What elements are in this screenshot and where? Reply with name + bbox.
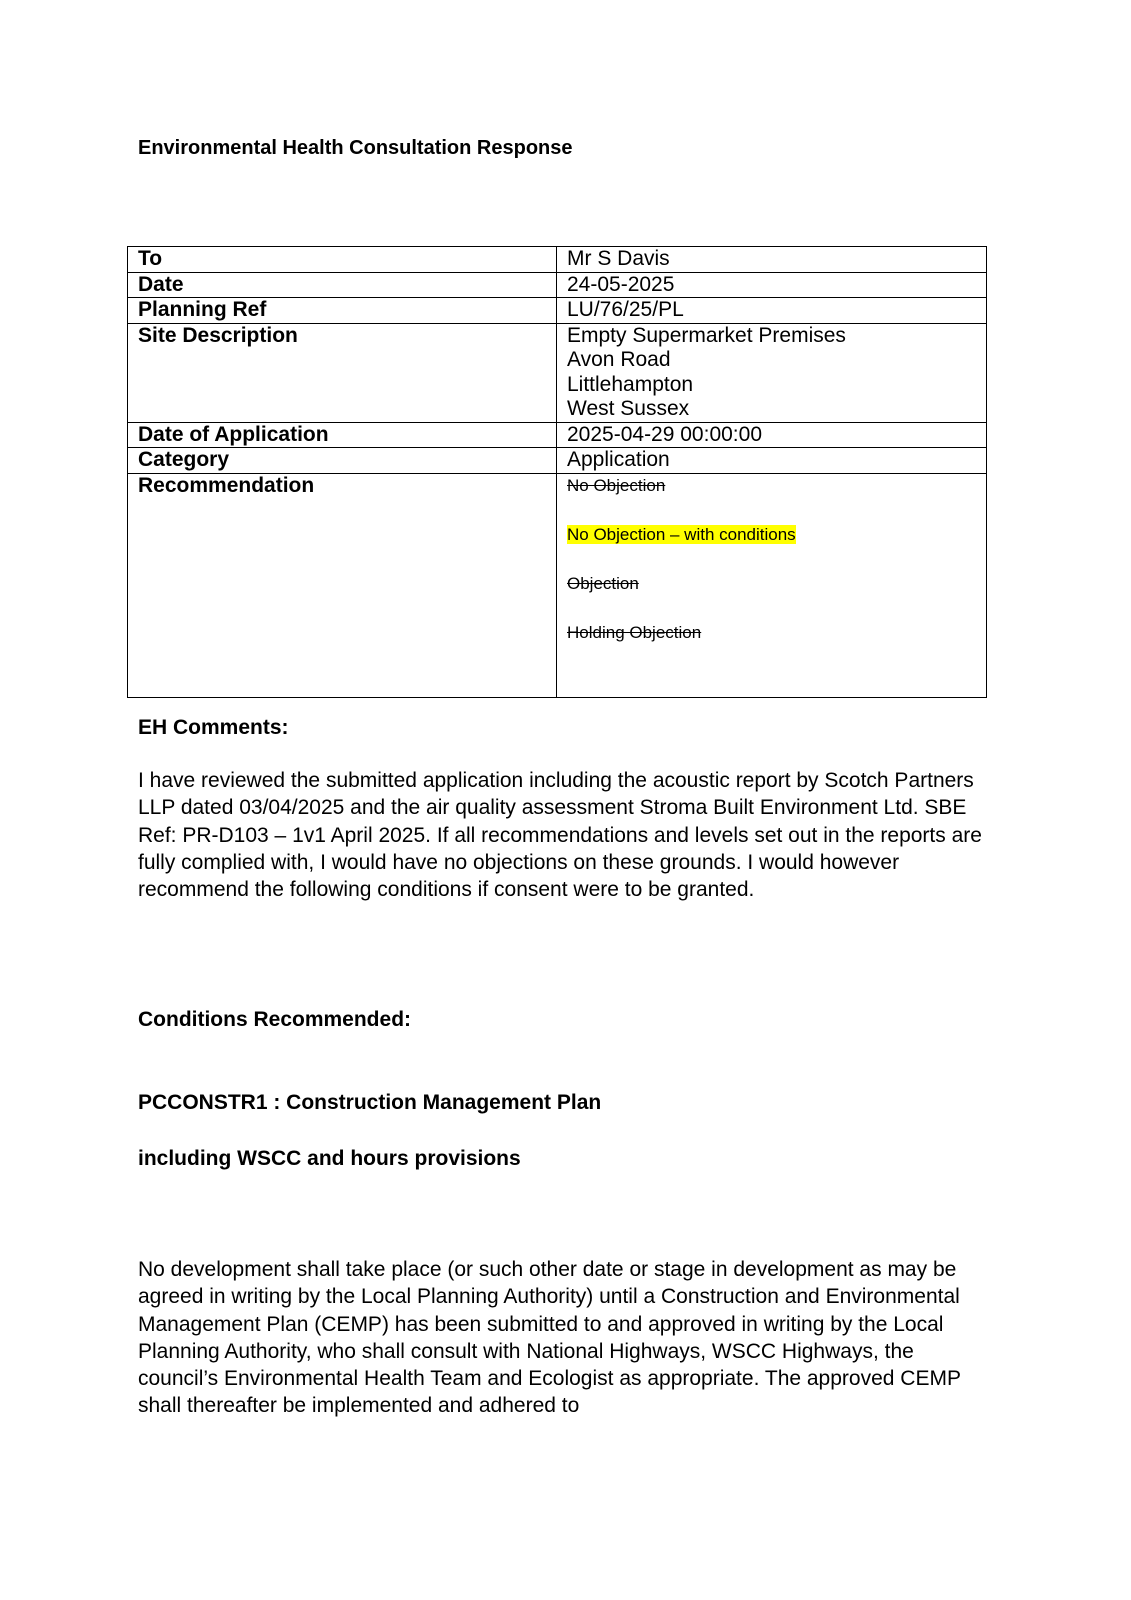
eh-comments-body: I have reviewed the submitted applicatio… [138, 767, 998, 903]
info-value: 2025-04-29 00:00:00 [557, 422, 987, 448]
recommendation-struck: Objection [567, 574, 976, 594]
info-value-line: Littlehampton [567, 373, 976, 398]
info-label: Date of Application [128, 422, 557, 448]
condition-title: PCCONSTR1 : Construction Management Plan [138, 1091, 601, 1115]
recommendation-option-text: Objection [567, 574, 639, 593]
recommendation-struck: No Objection [567, 476, 976, 496]
info-value-line: 2025-04-29 00:00:00 [567, 423, 976, 448]
info-label: Date [128, 272, 557, 298]
info-label: To [128, 247, 557, 273]
recommendation-option-text: Holding Objection [567, 623, 701, 642]
condition-body: No development shall take place (or such… [138, 1256, 998, 1420]
condition-subtitle: including WSCC and hours provisions [138, 1147, 521, 1171]
info-value: LU/76/25/PL [557, 298, 987, 324]
info-value: Mr S Davis [557, 247, 987, 273]
info-value-line: LU/76/25/PL [567, 298, 976, 323]
info-row: Planning RefLU/76/25/PL [128, 298, 987, 324]
info-value-line: Avon Road [567, 348, 976, 373]
recommendation-option-text: No Objection – with conditions [567, 525, 796, 544]
recommendation-row: RecommendationNo ObjectionNo Objection –… [128, 473, 987, 697]
document-page: Environmental Health Consultation Respon… [0, 0, 1131, 1600]
info-row: CategoryApplication [128, 448, 987, 474]
consultation-info-table: ToMr S DavisDate24-05-2025Planning RefLU… [127, 246, 987, 698]
recommendation-options: No ObjectionNo Objection – with conditio… [557, 473, 987, 697]
conditions-heading: Conditions Recommended: [138, 1008, 411, 1032]
info-label: Site Description [128, 323, 557, 422]
info-row: Date24-05-2025 [128, 272, 987, 298]
info-value-line: 24-05-2025 [567, 273, 976, 298]
info-row: Site DescriptionEmpty Supermarket Premis… [128, 323, 987, 422]
document-title: Environmental Health Consultation Respon… [138, 137, 573, 160]
info-value: Empty Supermarket PremisesAvon RoadLittl… [557, 323, 987, 422]
recommendation-struck: Holding Objection [567, 623, 976, 643]
recommendation-option-text: No Objection [567, 476, 665, 495]
info-value-line: Mr S Davis [567, 247, 976, 272]
info-row: ToMr S Davis [128, 247, 987, 273]
info-value: 24-05-2025 [557, 272, 987, 298]
info-value: Application [557, 448, 987, 474]
info-label: Category [128, 448, 557, 474]
info-value-line: West Sussex [567, 397, 976, 422]
eh-comments-heading: EH Comments: [138, 716, 289, 740]
info-value-line: Empty Supermarket Premises [567, 324, 976, 349]
info-value-line: Application [567, 448, 976, 473]
info-label: Planning Ref [128, 298, 557, 324]
info-row: Date of Application2025-04-29 00:00:00 [128, 422, 987, 448]
recommendation-label: Recommendation [128, 473, 557, 697]
recommendation-selected: No Objection – with conditions [567, 525, 976, 545]
